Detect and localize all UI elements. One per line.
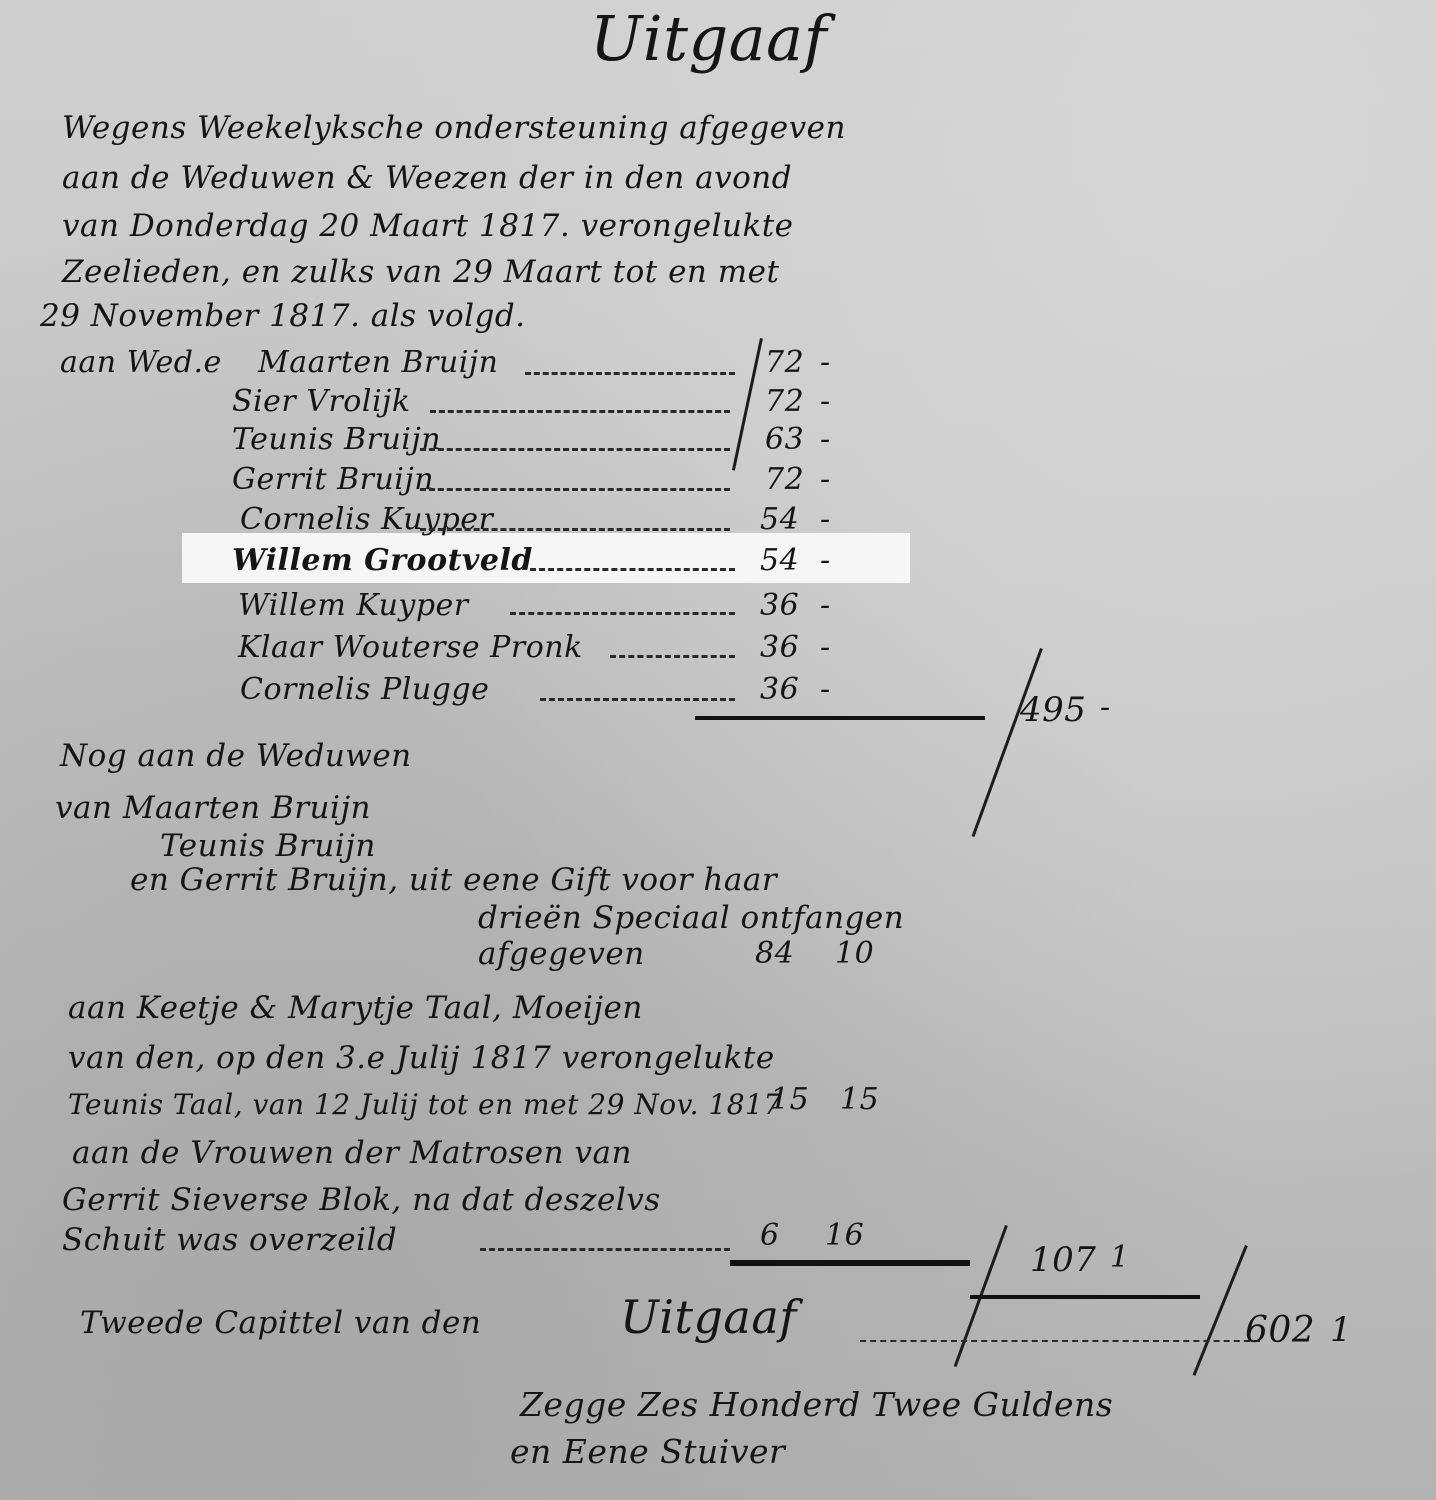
entry-amount: 72: [765, 384, 804, 419]
section2-line-1: Nog aan de Weduwen: [60, 738, 412, 774]
section4-line-1: aan de Vrouwen der Matrosen van: [72, 1135, 632, 1171]
guilder-slash: [732, 338, 763, 471]
amount-in-words-1: Zegge Zes Honderd Twee Guldens: [520, 1385, 1113, 1424]
leader-dots: [860, 1340, 1260, 1342]
entry-name: Maarten Bruijn: [258, 345, 498, 380]
entry-amount: 63: [765, 422, 804, 457]
leader-dots: [420, 448, 730, 451]
section2-line-6: afgegeven: [478, 936, 645, 972]
total-slash: [1193, 1245, 1248, 1376]
leader-dots: [480, 1248, 730, 1251]
section4-sub: 16: [825, 1218, 864, 1253]
entry-amount: 54: [760, 543, 799, 578]
section3-sub: 15: [840, 1082, 879, 1117]
entry-amount: 54: [760, 502, 799, 537]
entry-name: Gerrit Bruijn: [232, 462, 434, 497]
amount-in-words-2: en Eene Stuiver: [510, 1432, 785, 1471]
leader-dots: [420, 528, 730, 531]
subtotal-1-sub: -: [1100, 690, 1111, 725]
intro-line-3: van Donderdag 20 Maart 1817. verongelukt…: [62, 208, 794, 244]
entry-name-highlighted: Willem Grootveld: [232, 543, 533, 578]
entry-amount: 36: [760, 672, 799, 707]
section3-line-1: aan Keetje & Marytje Taal, Moeijen: [68, 990, 643, 1026]
leader-dots: [540, 698, 735, 701]
subtotal-rule: [695, 716, 985, 720]
chapter-line: Tweede Capittel van den: [80, 1305, 481, 1341]
entry-name: Klaar Wouterse Pronk: [238, 630, 583, 665]
entry-sub: -: [820, 630, 831, 665]
section4-amount: 6: [760, 1218, 780, 1253]
entry-amount: 36: [760, 588, 799, 623]
section2-line-4: en Gerrit Bruijn, uit eene Gift voor haa…: [130, 862, 777, 898]
entry-name: Cornelis Plugge: [240, 672, 489, 707]
subtotal-2-sub: 1: [1110, 1240, 1130, 1275]
entry-sub: -: [820, 345, 831, 380]
ledger-prefix: aan Wed.e: [60, 345, 222, 380]
leader-dots: [610, 655, 735, 658]
grand-total-sub: 1: [1330, 1310, 1352, 1350]
subtotal-1-amount: 495: [1020, 690, 1086, 730]
subtotal-2-rule: [730, 1260, 970, 1266]
leader-dots: [525, 372, 735, 375]
total-rule: [970, 1295, 1200, 1299]
section2-amount: 84: [755, 936, 794, 971]
entry-sub: -: [820, 384, 831, 419]
section2-line-3: Teunis Bruijn: [160, 828, 376, 864]
intro-line-1: Wegens Weekelyksche ondersteuning afgege…: [62, 110, 846, 146]
intro-line-2: aan de Weduwen & Weezen der in den avond: [62, 160, 792, 196]
section4-line-3: Schuit was overzeild: [62, 1222, 397, 1258]
section3-amount: 15: [770, 1082, 809, 1117]
leader-dots: [530, 568, 735, 571]
leader-dots: [430, 410, 730, 413]
entry-sub: -: [820, 588, 831, 623]
entry-name: Teunis Bruijn: [232, 422, 441, 457]
subtotal-2-amount: 107: [1030, 1240, 1096, 1280]
entry-name: Willem Kuyper: [238, 588, 469, 623]
entry-name: Sier Vrolijk: [232, 384, 411, 419]
section3-line-3: Teunis Taal, van 12 Julij tot en met 29 …: [68, 1088, 782, 1121]
leader-dots: [510, 612, 735, 615]
section2-line-5: drieën Speciaal ontfangen: [478, 900, 904, 936]
intro-line-5: 29 November 1817. als volgd.: [40, 298, 526, 334]
section2-sub: 10: [835, 936, 874, 971]
entry-sub: -: [820, 462, 831, 497]
subtotal-slash: [972, 648, 1043, 837]
entry-sub: -: [820, 422, 831, 457]
section2-line-2: van Maarten Bruijn: [55, 790, 371, 826]
entry-amount: 36: [760, 630, 799, 665]
document-page: Uitgaaf Wegens Weekelyksche ondersteunin…: [0, 0, 1436, 1500]
document-title: Uitgaaf: [590, 2, 827, 75]
entry-sub: -: [820, 543, 831, 578]
chapter-word: Uitgaaf: [620, 1290, 797, 1344]
entry-sub: -: [820, 502, 831, 537]
leader-dots: [420, 488, 730, 491]
intro-line-4: Zeelieden, en zulks van 29 Maart tot en …: [62, 254, 779, 290]
section4-line-2: Gerrit Sieverse Blok, na dat deszelvs: [62, 1182, 661, 1218]
entry-amount: 72: [765, 345, 804, 380]
grand-total-amount: 602: [1245, 1310, 1315, 1351]
section3-line-2: van den, op den 3.e Julij 1817 verongelu…: [68, 1040, 775, 1076]
entry-sub: -: [820, 672, 831, 707]
entry-amount: 72: [765, 462, 804, 497]
entry-name: Cornelis Kuyper: [240, 502, 493, 537]
